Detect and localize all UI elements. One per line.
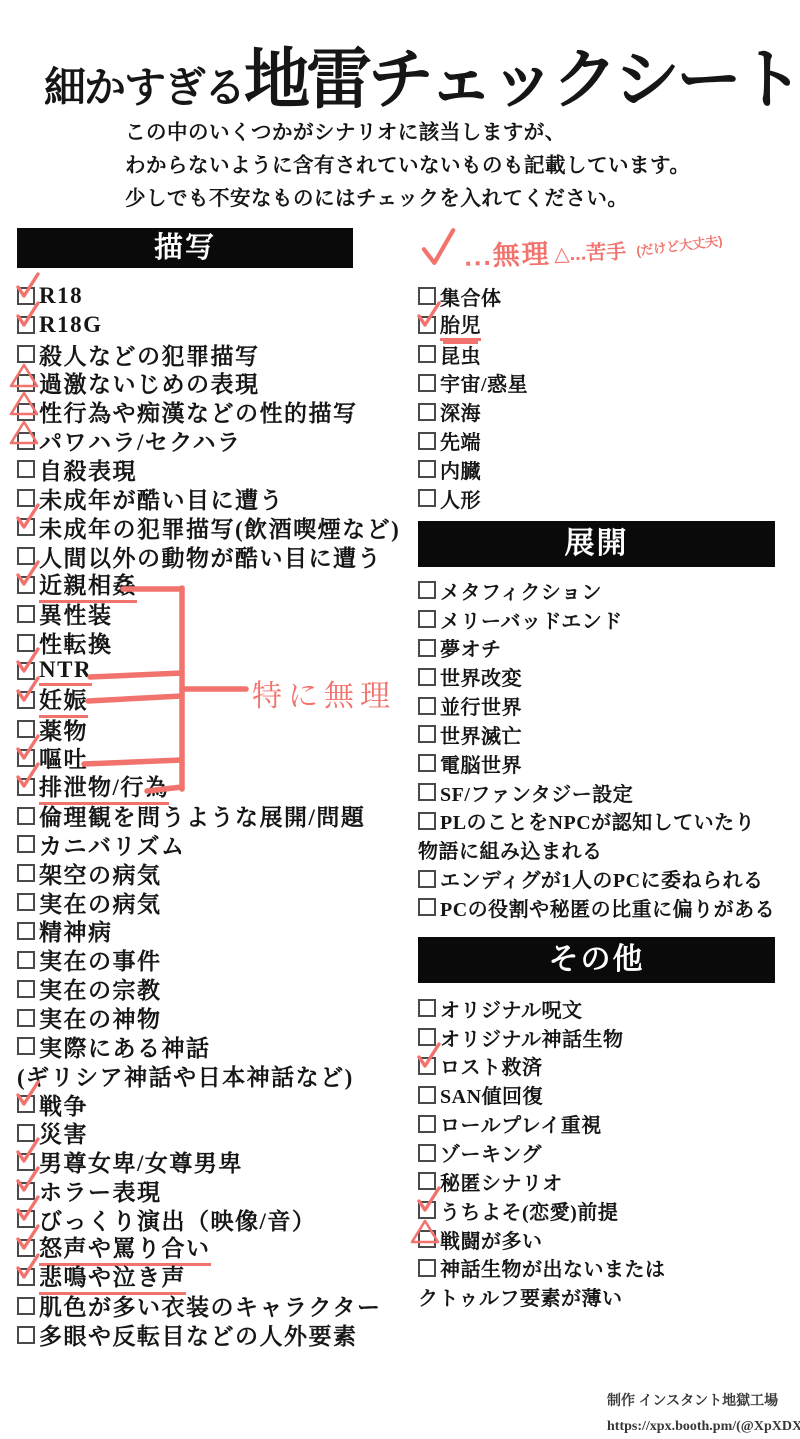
checklist-item: PLのことをNPCが認知していたり bbox=[418, 807, 788, 836]
development-list: メタフィクションメリーバッドエンド夢オチ世界改変並行世界世界滅亡電脳世界SF/フ… bbox=[418, 576, 788, 922]
checkbox[interactable] bbox=[418, 316, 436, 334]
section-header-development: 展開 bbox=[418, 521, 775, 567]
checkbox[interactable] bbox=[418, 725, 436, 743]
checkbox[interactable] bbox=[17, 576, 35, 594]
checklist-item: 実在の神物 bbox=[17, 1003, 353, 1032]
item-label: ロスト救済 bbox=[440, 1051, 543, 1080]
checklist-item: 異性装 bbox=[17, 599, 353, 628]
checkbox[interactable] bbox=[418, 1230, 436, 1248]
checkbox[interactable] bbox=[17, 893, 35, 911]
checklist-item: SF/ファンタジー設定 bbox=[418, 778, 788, 807]
checklist-item: 実在の病気 bbox=[17, 888, 353, 917]
page-title-large: 地雷チェックシート bbox=[244, 26, 800, 121]
checkbox[interactable] bbox=[418, 1028, 436, 1046]
checklist-item: 薬物 bbox=[17, 715, 353, 744]
item-label: クトゥルフ要素が薄い bbox=[418, 1282, 623, 1311]
footer-credit: 制作 インスタント地獄工場 https://xpx.booth.pm/(@XpX… bbox=[607, 1389, 800, 1439]
checkbox[interactable] bbox=[418, 1172, 436, 1190]
item-label: R18 bbox=[39, 283, 83, 309]
checklist-item: 男尊女卑/女尊男卑 bbox=[17, 1147, 353, 1176]
checklist-item: 未成年の犯罪描写(飲酒喫煙など) bbox=[17, 513, 353, 542]
checkbox[interactable] bbox=[418, 374, 436, 392]
checklist-item: 内臓 bbox=[418, 455, 788, 484]
intro-line: わからないように含有されていないものも記載しています。 bbox=[125, 150, 690, 183]
checklist-item: 実在の事件 bbox=[17, 945, 353, 974]
item-label: 物語に組み込まれる bbox=[418, 835, 603, 864]
checklist-item: 電脳世界 bbox=[418, 749, 788, 778]
legend-check-meaning: ...無理 bbox=[463, 232, 551, 274]
checklist-item: PCの役割や秘匿の比重に偏りがある bbox=[418, 893, 788, 922]
checkbox[interactable] bbox=[17, 1095, 35, 1113]
checkbox[interactable] bbox=[418, 1115, 436, 1133]
checkbox[interactable] bbox=[17, 1239, 35, 1257]
checkbox[interactable] bbox=[418, 754, 436, 772]
section-title: 描写 bbox=[154, 232, 216, 264]
legend-triangle-meaning: △...苦手 bbox=[554, 235, 627, 266]
checkbox[interactable] bbox=[418, 1259, 436, 1277]
checkbox[interactable] bbox=[418, 1201, 436, 1219]
checkbox[interactable] bbox=[418, 489, 436, 507]
checkbox[interactable] bbox=[17, 778, 35, 796]
item-label: メタフィクション bbox=[440, 576, 602, 605]
checkbox[interactable] bbox=[17, 316, 35, 334]
checkbox[interactable] bbox=[418, 783, 436, 801]
page-title: 細かすぎる 地雷チェックシート bbox=[44, 26, 800, 121]
checklist-item: 秘匿シナリオ bbox=[418, 1167, 788, 1196]
checklist-item: 自殺表現 bbox=[17, 455, 353, 484]
column-depiction: 描写 R18R18G殺人などの犯罪描写過激ないじめの表現性行為や痴漢などの性的描… bbox=[17, 228, 353, 1349]
checkbox[interactable] bbox=[17, 605, 35, 623]
checklist-item: 排泄物/行為 bbox=[17, 772, 353, 801]
checkbox[interactable] bbox=[17, 518, 35, 536]
subjects-list: 集合体胎児昆虫宇宙/惑星深海先端内臓人形 bbox=[418, 282, 788, 513]
checkbox[interactable] bbox=[17, 1297, 35, 1315]
checklist-item: オリジナル呪文 bbox=[418, 994, 788, 1023]
checkbox[interactable] bbox=[17, 1124, 35, 1142]
checkbox[interactable] bbox=[17, 345, 35, 363]
item-label: メリーバッドエンド bbox=[440, 605, 623, 634]
checklist-item: ロスト救済 bbox=[418, 1052, 788, 1081]
checkbox[interactable] bbox=[418, 610, 436, 628]
item-label: エンディグが1人のPCに委ねられる bbox=[440, 864, 764, 893]
checkbox[interactable] bbox=[418, 999, 436, 1017]
item-label: 昆虫 bbox=[440, 340, 481, 369]
item-label: SAN値回復 bbox=[440, 1080, 543, 1109]
intro-text: この中のいくつかがシナリオに該当しますが、 わからないように含有されていないもの… bbox=[125, 117, 690, 216]
checkbox[interactable] bbox=[17, 980, 35, 998]
checkbox[interactable] bbox=[418, 898, 436, 916]
intro-line: この中のいくつかがシナリオに該当しますが、 bbox=[125, 117, 690, 150]
checklist-item: うちよそ(恋愛)前提 bbox=[418, 1196, 788, 1225]
checklist-item: ホラー表現 bbox=[17, 1176, 353, 1205]
checklist-item: 未成年が酷い目に遭う bbox=[17, 484, 353, 513]
checkbox[interactable] bbox=[17, 807, 35, 825]
checkbox[interactable] bbox=[418, 812, 436, 830]
legend-triangle-note: (だけど大丈夫) bbox=[635, 230, 723, 259]
checkbox[interactable] bbox=[418, 432, 436, 450]
item-label: 神話生物が出ないまたは bbox=[440, 1253, 666, 1282]
item-label: SF/ファンタジー設定 bbox=[440, 778, 633, 807]
item-label: 胎児 bbox=[440, 309, 481, 341]
intro-line: 少しでも不安なものにはチェックを入れてください。 bbox=[125, 183, 690, 216]
checkbox[interactable] bbox=[17, 835, 35, 853]
checklist-item: 胎児 bbox=[418, 311, 788, 340]
item-label: 世界改変 bbox=[440, 662, 522, 691]
checklist-item: (ギリシア神話や日本神話など) bbox=[17, 1061, 353, 1090]
checkbox[interactable] bbox=[17, 720, 35, 738]
checklist-item: 昆虫 bbox=[418, 340, 788, 369]
checklist-item: 精神病 bbox=[17, 917, 353, 946]
checklist-item: 倫理観を問うような展開/問題 bbox=[17, 801, 353, 830]
checklist-item: カニバリズム bbox=[17, 830, 353, 859]
item-label: 夢オチ bbox=[440, 633, 502, 662]
checklist-item: 殺人などの犯罪描写 bbox=[17, 340, 353, 369]
checklist-item: 多眼や反転目などの人外要素 bbox=[17, 1320, 353, 1349]
landmine-check-sheet: 細かすぎる 地雷チェックシート この中のいくつかがシナリオに該当しますが、 わか… bbox=[0, 0, 800, 1439]
checklist-item: 人形 bbox=[418, 484, 788, 513]
checklist-item: ロールプレイ重視 bbox=[418, 1109, 788, 1138]
checklist-item: 戦争 bbox=[17, 1090, 353, 1119]
item-label: 並行世界 bbox=[440, 691, 522, 720]
checkbox[interactable] bbox=[17, 951, 35, 969]
checklist-item: 戦闘が多い bbox=[418, 1225, 788, 1254]
checklist-item: 深海 bbox=[418, 397, 788, 426]
checkbox[interactable] bbox=[17, 662, 35, 680]
checkbox[interactable] bbox=[418, 668, 436, 686]
checkbox[interactable] bbox=[418, 697, 436, 715]
tokuni-muri-note: 特に無理 bbox=[252, 671, 396, 715]
checkbox[interactable] bbox=[17, 1182, 35, 1200]
checkbox[interactable] bbox=[17, 1009, 35, 1027]
checkbox[interactable] bbox=[17, 864, 35, 882]
item-label: 世界滅亡 bbox=[440, 720, 522, 749]
checklist-item: 先端 bbox=[418, 426, 788, 455]
item-label: 秘匿シナリオ bbox=[440, 1167, 563, 1196]
section-header-depiction: 描写 bbox=[17, 228, 353, 268]
column-right: ...無理 △...苦手 (だけど大丈夫) 集合体胎児昆虫宇宙/惑星深海先端内臓… bbox=[418, 218, 788, 1311]
checkbox[interactable] bbox=[17, 1268, 35, 1286]
item-label: 人形 bbox=[440, 484, 481, 513]
checklist-item: クトゥルフ要素が薄い bbox=[418, 1282, 788, 1311]
checklist-item: オリジナル神話生物 bbox=[418, 1023, 788, 1052]
checklist-item: 実際にある神話 bbox=[17, 1032, 353, 1061]
item-label: 深海 bbox=[440, 397, 481, 426]
checkbox[interactable] bbox=[17, 634, 35, 652]
item-label: R18G bbox=[39, 312, 103, 338]
checkbox[interactable] bbox=[418, 870, 436, 888]
item-label: 性転換 bbox=[39, 626, 113, 659]
checklist-item: 宇宙/惑星 bbox=[418, 369, 788, 398]
item-label: 集合体 bbox=[440, 282, 502, 311]
checkbox[interactable] bbox=[418, 639, 436, 657]
checkbox[interactable] bbox=[17, 460, 35, 478]
item-label: 内臓 bbox=[440, 455, 481, 484]
checklist-item: SAN値回復 bbox=[418, 1080, 788, 1109]
section-title: 展開 bbox=[565, 527, 629, 560]
checklist-item: 夢オチ bbox=[418, 633, 788, 662]
checkbox[interactable] bbox=[418, 345, 436, 363]
checklist-item: 肌色が多い衣装のキャラクター bbox=[17, 1292, 353, 1321]
item-label: PLのことをNPCが認知していたり bbox=[440, 806, 755, 835]
checkbox[interactable] bbox=[17, 1210, 35, 1228]
checklist-item: 過激ないじめの表現 bbox=[17, 369, 353, 398]
checkbox[interactable] bbox=[418, 1144, 436, 1162]
item-label: ゾーキング bbox=[440, 1138, 542, 1167]
page-title-small: 細かすぎる bbox=[44, 55, 244, 115]
checkbox[interactable] bbox=[17, 1037, 35, 1055]
checklist-item: エンディグが1人のPCに委ねられる bbox=[418, 864, 788, 893]
checklist-item: 世界改変 bbox=[418, 662, 788, 691]
checklist-item: 並行世界 bbox=[418, 691, 788, 720]
checklist-item: 性転換 bbox=[17, 628, 353, 657]
checkbox[interactable] bbox=[418, 1057, 436, 1075]
checkbox[interactable] bbox=[17, 374, 35, 392]
checklist-item: 悲鳴や泣き声 bbox=[17, 1263, 353, 1292]
item-label: うちよそ(恋愛)前提 bbox=[440, 1196, 618, 1225]
red-checkmark-icon bbox=[419, 226, 458, 267]
checkbox[interactable] bbox=[17, 489, 35, 507]
item-label: ロールプレイ重視 bbox=[440, 1109, 602, 1138]
checklist-item: 架空の病気 bbox=[17, 859, 353, 888]
item-label: 宇宙/惑星 bbox=[440, 368, 528, 397]
checkbox[interactable] bbox=[17, 749, 35, 767]
legend: ...無理 △...苦手 (だけど大丈夫) bbox=[417, 212, 789, 289]
checkbox[interactable] bbox=[17, 922, 35, 940]
item-label: オリジナル呪文 bbox=[440, 994, 583, 1023]
checklist-item: R18G bbox=[17, 311, 353, 340]
checklist-item: 性行為や痴漢などの性的描写 bbox=[17, 397, 353, 426]
item-label: オリジナル神話生物 bbox=[440, 1023, 624, 1052]
checklist-item: パワハラ/セクハラ bbox=[17, 426, 353, 455]
item-label: 多眼や反転目などの人外要素 bbox=[39, 1318, 358, 1351]
checklist-item: メタフィクション bbox=[418, 576, 788, 605]
credit-line: 制作 インスタント地獄工場 bbox=[607, 1389, 800, 1414]
booth-url: https://xpx.booth.pm/(@XpXDXQ) bbox=[607, 1414, 800, 1439]
item-label: PCの役割や秘匿の比重に偏りがある bbox=[440, 893, 775, 922]
checklist-item: ゾーキング bbox=[418, 1138, 788, 1167]
item-label: 戦闘が多い bbox=[440, 1225, 543, 1254]
checklist-item: 実在の宗教 bbox=[17, 974, 353, 1003]
checklist-item: 神話生物が出ないまたは bbox=[418, 1253, 788, 1282]
checklist-item: メリーバッドエンド bbox=[418, 605, 788, 634]
item-label: 先端 bbox=[440, 426, 481, 455]
checklist-item: 近親相姦 bbox=[17, 570, 353, 599]
checkbox[interactable] bbox=[17, 287, 35, 305]
checkbox[interactable] bbox=[418, 287, 436, 305]
checkbox[interactable] bbox=[17, 547, 35, 565]
checklist-item: 世界滅亡 bbox=[418, 720, 788, 749]
checkbox[interactable] bbox=[418, 581, 436, 599]
checklist-item: 集合体 bbox=[418, 282, 788, 311]
checkbox[interactable] bbox=[17, 1326, 35, 1344]
section-header-other: その他 bbox=[418, 937, 775, 983]
checklist-item: 災害 bbox=[17, 1118, 353, 1147]
other-list: オリジナル呪文オリジナル神話生物ロスト救済SAN値回復ロールプレイ重視ゾーキング… bbox=[418, 994, 788, 1311]
checklist-item: 物語に組み込まれる bbox=[418, 835, 788, 864]
checkbox[interactable] bbox=[418, 460, 436, 478]
checklist-item: R18 bbox=[17, 282, 353, 311]
section-title: その他 bbox=[549, 943, 645, 976]
depiction-list: R18R18G殺人などの犯罪描写過激ないじめの表現性行為や痴漢などの性的描写パワ… bbox=[17, 282, 353, 1349]
checkbox[interactable] bbox=[418, 403, 436, 421]
checkbox[interactable] bbox=[17, 432, 35, 450]
checkbox[interactable] bbox=[418, 1086, 436, 1104]
checkbox[interactable] bbox=[17, 403, 35, 421]
checkbox[interactable] bbox=[17, 691, 35, 709]
item-label: 電脳世界 bbox=[440, 749, 522, 778]
checkbox[interactable] bbox=[17, 1153, 35, 1171]
